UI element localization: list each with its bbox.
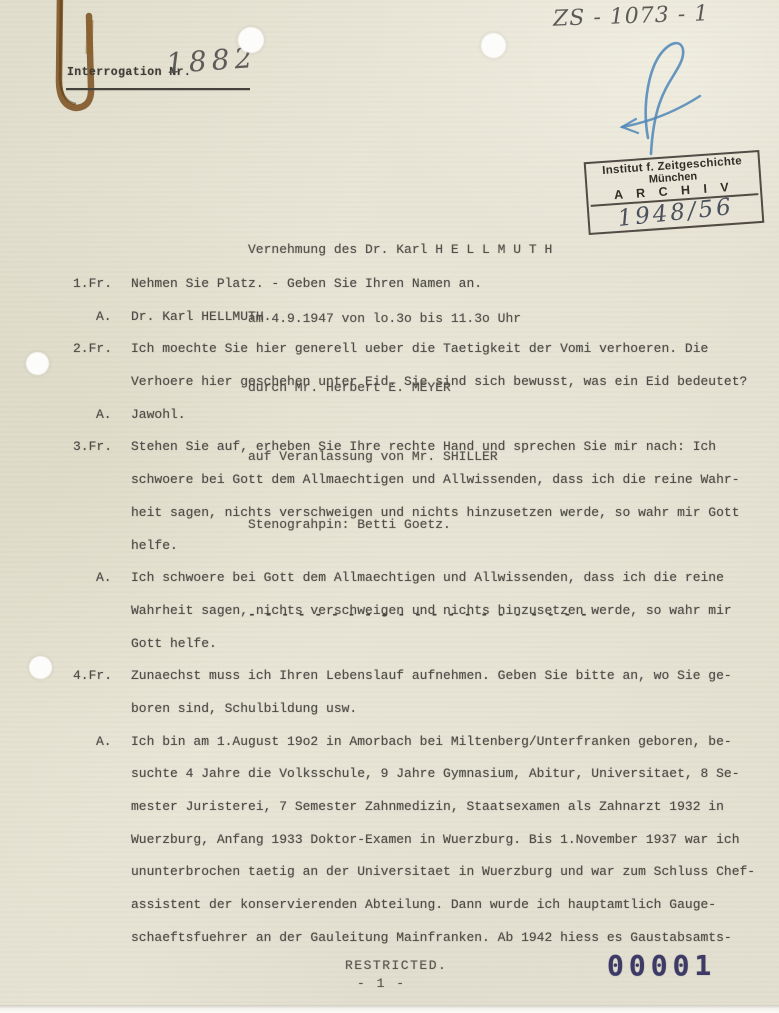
blue-pen-mark	[592, 26, 717, 156]
qa-text-line: Nehmen Sie Platz. - Geben Sie Ihren Name…	[131, 276, 768, 309]
qa-entry: 2.Fr. Ich moechte Sie hier generell uebe…	[73, 341, 768, 406]
qa-entry-label: A.	[96, 570, 112, 603]
qa-entry-label: 4.Fr.	[73, 668, 112, 701]
qa-entry: A. Ich schwoere bei Gott dem Allmaechtig…	[73, 570, 768, 668]
qa-text-line: assistent der konservierenden Abteilung.…	[131, 897, 768, 930]
qa-text-line: heit sagen, nichts verschweigen und nich…	[131, 505, 768, 538]
punch-hole	[481, 33, 506, 58]
qa-text-line: Verhoere hier geschehen unter Eid. Sie s…	[131, 374, 768, 407]
qa-text-line: Ich bin am 1.August 19o2 in Amorbach bei…	[131, 734, 768, 767]
qa-entry-label: A.	[96, 309, 112, 342]
qa-entry-text: Ich schwoere bei Gott dem Allmaechtigen …	[131, 570, 768, 668]
qa-text-line: Wuerzburg, Anfang 1933 Doktor-Examen in …	[131, 832, 768, 865]
punch-hole	[238, 27, 264, 53]
qa-text-line: Ich schwoere bei Gott dem Allmaechtigen …	[131, 570, 768, 603]
header-line: Vernehmung des Dr. Karl H E L L M U T H	[248, 241, 588, 258]
qa-text-line: Ich moechte Sie hier generell ueber die …	[131, 341, 768, 374]
punch-hole	[29, 656, 52, 679]
qa-text-line: Wahrheit sagen, nichts verschweigen und …	[131, 603, 768, 636]
qa-entry-label: A.	[96, 734, 112, 767]
qa-text-line: helfe.	[131, 538, 768, 571]
qa-entry: 4.Fr. Zunaechst muss ich Ihren Lebenslau…	[73, 668, 768, 733]
punch-hole	[26, 352, 49, 375]
qa-entry-text: Dr. Karl HELLMUTH.	[131, 309, 768, 342]
qa-text-line: Gott helfe.	[131, 636, 768, 669]
qa-text-line: ununterbrochen taetig an der Universitae…	[131, 864, 768, 897]
qa-text-line: Zunaechst muss ich Ihren Lebenslauf aufn…	[131, 668, 768, 701]
interrogation-underline	[66, 88, 250, 90]
qa-entry-label: 2.Fr.	[73, 341, 112, 374]
qa-entry-text: Ich bin am 1.August 19o2 in Amorbach bei…	[131, 734, 768, 963]
qa-text-line: Dr. Karl HELLMUTH.	[131, 309, 768, 342]
qa-entry-label: 3.Fr.	[73, 439, 112, 472]
classification-label: RESTRICTED.	[345, 958, 447, 973]
qa-entry-text: Stehen Sie auf, erheben Sie Ihre rechte …	[131, 439, 768, 570]
qa-entry: 3.Fr. Stehen Sie auf, erheben Sie Ihre r…	[73, 439, 768, 570]
qa-entry-text: Jawohl.	[131, 407, 768, 440]
qa-entry: A. Ich bin am 1.August 19o2 in Amorbach …	[73, 734, 768, 963]
qa-text-line: Jawohl.	[131, 407, 768, 440]
page-number: - 1 -	[357, 976, 406, 991]
qa-entry-text: Zunaechst muss ich Ihren Lebenslauf aufn…	[131, 668, 768, 733]
document-number-stamp: 00001	[607, 949, 716, 982]
qa-text-line: mester Juristerei, 7 Semester Zahnmedizi…	[131, 799, 768, 832]
qa-transcript: 1.Fr. Nehmen Sie Platz. - Geben Sie Ihre…	[73, 276, 768, 962]
qa-entry-text: Ich moechte Sie hier generell ueber die …	[131, 341, 768, 406]
qa-entry-label: 1.Fr.	[73, 276, 112, 309]
qa-text-line: Stehen Sie auf, erheben Sie Ihre rechte …	[131, 439, 768, 472]
qa-text-line: boren sind, Schulbildung usw.	[131, 701, 768, 734]
qa-entry-label: A.	[96, 407, 112, 440]
qa-text-line: schwoere bei Gott dem Allmaechtigen und …	[131, 472, 768, 505]
qa-entry: A. Dr. Karl HELLMUTH.	[73, 309, 768, 342]
qa-entry-text: Nehmen Sie Platz. - Geben Sie Ihren Name…	[131, 276, 768, 309]
qa-text-line: suchte 4 Jahre die Volksschule, 9 Jahre …	[131, 766, 768, 799]
qa-entry: A. Jawohl.	[73, 407, 768, 440]
archive-stamp: Institut f. Zeitgeschichte München A R C…	[584, 150, 765, 235]
document-page: Interrogation Nr. 1882 ZS - 1073 - 1 Ins…	[0, 0, 779, 1013]
qa-entry: 1.Fr. Nehmen Sie Platz. - Geben Sie Ihre…	[73, 276, 768, 309]
paperclip-stain-icon	[46, 0, 110, 126]
